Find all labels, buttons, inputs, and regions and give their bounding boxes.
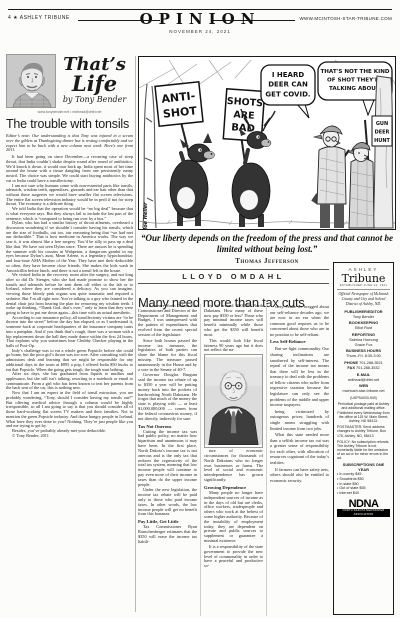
subscriptions-list: • In county $45• Snowbirds $50• In state… [337, 472, 390, 495]
editors-note: Editor’s note: Our understanding is that… [6, 134, 133, 153]
column-title-line2: Life [56, 74, 133, 93]
article-column-1: As a former North Dakota Tax Commissione… [138, 304, 197, 616]
masthead-name: Tribune [337, 273, 390, 284]
column-rule [135, 56, 136, 612]
newspaper-opinion-page: 4 ★ ASHLEY TRIBUNE OPINION WWW.MCINTOSH-… [0, 0, 400, 618]
paragraph: It is a responsibility of the state gove… [204, 545, 263, 569]
svg-text:THAT'S NOT THE KIND: THAT'S NOT THE KIND [320, 69, 389, 75]
article-column-3: ciety. While we bragged about our self-r… [266, 304, 329, 616]
role-name: Tony Bender [337, 315, 390, 320]
masthead-box: ASHLEY Tribune ESTABLISHED JUNE 24, 1921… [333, 262, 394, 615]
column-headline: The trouble with tonsils [6, 117, 133, 131]
pull-quote-text: “Our liberty depends on the freedom of t… [140, 233, 394, 256]
email-value: redhead@drtel.net [337, 378, 390, 383]
masthead-official-text: Official Newspaper of McIntosh County an… [337, 292, 390, 307]
lloyd-omdahl-portrait-drawing [205, 355, 262, 447]
hunter-two [347, 120, 374, 228]
protest-sign-shots-are-bad: SHOTS ARE BAD [221, 89, 264, 167]
author-contact-line: www.tonybender.net • redhead@drtel.net [6, 110, 133, 114]
svg-text:GET COVID.: GET COVID. [265, 91, 310, 99]
thats-life-header: That’s Life by Tony Bender [6, 54, 133, 108]
kicker-top-rule [138, 269, 329, 270]
paragraph: What this state needed more than a selfi… [270, 432, 329, 465]
ndna-logo-subtext: NORTH DAKOTA NEWSPAPER ASSOCIATION [337, 509, 390, 517]
svg-text:DEER: DEER [375, 130, 390, 136]
tony-bender-photo [6, 54, 56, 108]
speech-bubble-one: I HEARD DEER CAN GET COVID. [261, 65, 315, 118]
paragraph: We visited India in the recovery room af… [6, 273, 133, 315]
masthead-established: ESTABLISHED JUNE 24, 1921 [337, 284, 390, 291]
tony-bender-portrait-drawing [7, 55, 55, 107]
editorial-cartoon: ANTI- SHOT SHOTS [138, 56, 396, 230]
paragraph: We told India that the operation would b… [6, 207, 133, 221]
paragraph: ciety. While we bragged about our self-r… [270, 304, 329, 337]
cartoonist-signature: Joe Heller [143, 202, 149, 229]
paragraph: I am not sure why humans come with non-e… [6, 184, 133, 208]
postmaster-notice: POSTMASTER: Send address changes to Ashl… [337, 425, 390, 438]
paragraph: Governor Douglas Burgum said the income … [138, 373, 197, 421]
columnist-kicker: LLOYD OMDAHL [138, 272, 329, 281]
paragraph: Cutting the income tax was bad public po… [138, 430, 197, 488]
paragraph: Now that I am an expert in the field of … [6, 391, 133, 429]
paragraph: According to our insurance policy, all t… [6, 316, 133, 349]
postage-notice: Periodical postage paid at Ashley and ad… [337, 402, 390, 423]
paragraph: being victimized by outrageous prices; h… [270, 409, 329, 431]
paragraph: Many people no longer have independent s… [204, 491, 263, 544]
ndna-logo-text: NDNA [337, 499, 390, 509]
paragraph: Dylan, who has had a similar history of … [6, 221, 133, 273]
svg-text:GUN: GUN [376, 121, 388, 127]
website-url: WWW.MCINTOSH-STAR-TRIBUNE.COM [299, 16, 392, 21]
ndna-logo: NDNA NORTH DAKOTA NEWSPAPER ASSOCIATION [337, 499, 390, 518]
gun-deer-hunt-sign: GUN DEER HUNT [372, 116, 392, 146]
svg-text:OF SHOT THEY'RE: OF SHOT THEY'RE [327, 78, 383, 84]
phone-value: 701-288-3521 [359, 361, 383, 365]
paragraph: If farmers can have safety nets, others … [270, 467, 329, 484]
column-body: It had been going on since December—a re… [6, 155, 133, 438]
svg-text:HUNT: HUNT [374, 138, 390, 144]
thats-life-column: That’s Life by Tony Bender www.tonybende… [6, 54, 133, 438]
column-byline: by Tony Bender [56, 95, 133, 104]
business-hours-value: Thurs.-Fri. 8:30-3:00 [337, 354, 390, 359]
article-body: As a former North Dakota Tax Commissione… [138, 304, 329, 616]
paragraph: ture of economic circumstances for thous… [204, 449, 263, 483]
web-value: mcintosh-star-tribune.net [337, 389, 390, 394]
subscriptions-label: SUBSCRIPTIONS ONE YEAR [337, 463, 390, 473]
hunter-one [311, 126, 349, 228]
header-dash-left [78, 20, 160, 21]
fax-label: FAX [347, 365, 355, 370]
paragraph: But we fight commonality. Our sharing in… [270, 346, 329, 407]
article-column-2-bottom: ture of economic circumstances for thous… [204, 449, 263, 569]
issue-date: NOVEMBER 24, 2021 [0, 29, 400, 34]
paragraph: It had been going on since December—a re… [6, 155, 133, 183]
article-subhead: Tax Not Onerous [138, 424, 197, 429]
article-subhead: Less Self-Reliance [270, 339, 329, 345]
paragraph: ty of around 300,000 North Dakotans. How… [204, 304, 263, 338]
header-dash-right [213, 20, 295, 21]
svg-text:I HEARD: I HEARD [272, 71, 304, 79]
cartoon-drawing: ANTI- SHOT SHOTS [139, 57, 395, 229]
paragraph: Indy’s challenge was to eat a whole gree… [6, 349, 133, 373]
right-tree [373, 76, 393, 228]
paragraph: © Tony Bender, 2011 [6, 434, 133, 439]
policy-notice: POLICY: No subscription refunds. The Ash… [337, 440, 390, 461]
pull-quote: “Our liberty depends on the freedom of t… [140, 233, 394, 265]
paragraph: Since both houses passed the income tax … [138, 339, 197, 373]
svg-text:DEER CAN: DEER CAN [268, 81, 308, 89]
role-name: Elliot Rust [337, 326, 390, 331]
article-column-2-top: ty of around 300,000 North Dakotans. How… [204, 304, 263, 353]
lloyd-omdahl-photo [204, 354, 263, 448]
usps-number: (USPS#033-940) [337, 396, 390, 400]
paragraph: As a former North Dakota Tax Commissione… [138, 304, 197, 338]
article-column-2: ty of around 300,000 North Dakotans. How… [200, 304, 263, 616]
paragraph: This would look like fiscal fairness 90 … [204, 339, 263, 353]
paragraph: After six days, she has graduated from l… [6, 372, 133, 391]
column-title-block: That’s Life by Tony Bender [56, 54, 133, 104]
svg-text:TALKING ABOUT.: TALKING ABOUT. [329, 86, 381, 92]
paragraph: Under the new legislation, the income ta… [138, 488, 197, 517]
kicker-bottom-rule [138, 283, 329, 284]
paragraph: Tax Commissioner Ryan Rauschenberger est… [138, 525, 197, 544]
fax-value: 701-288-3532 [356, 366, 380, 370]
role-name: Grace Fox [337, 343, 390, 348]
paragraph: • Internet $40 [337, 491, 390, 496]
deer-one [170, 133, 215, 226]
